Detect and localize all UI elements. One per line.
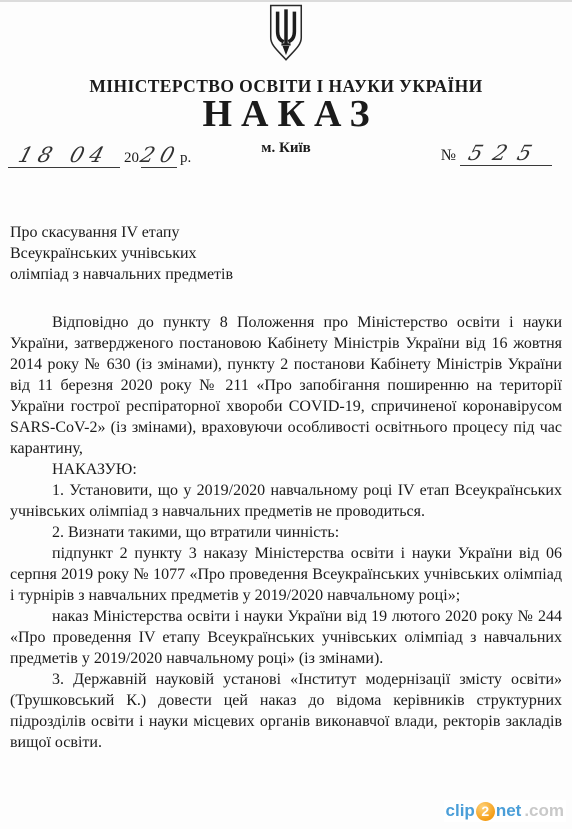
- order-number-field: № 525: [441, 143, 552, 166]
- subject-line: Про скасування IV етапу: [10, 222, 233, 243]
- order-item-2-sub-2: наказ Міністерства освіти і науки Україн…: [10, 606, 562, 669]
- intro-paragraph: Відповідно до пункту 8 Положення про Мін…: [10, 312, 562, 459]
- order-item-2: 2. Визнати такими, що втратили чинність:: [10, 522, 562, 543]
- order-item-2-sub-1: підпункт 2 пункту 3 наказу Міністерства …: [10, 543, 562, 606]
- order-item-1: 1. Установити, що у 2019/2020 навчальном…: [10, 480, 562, 522]
- decree-word: НАКАЗУЮ:: [10, 459, 562, 480]
- document-type-title: НАКАЗ: [0, 92, 572, 136]
- watermark-clip-text: clip: [446, 801, 475, 821]
- order-item-3: 3. Державній науковій установі «Інститут…: [10, 669, 562, 753]
- ukraine-trident-emblem-icon: [263, 4, 309, 62]
- watermark-net-text: net: [496, 801, 522, 821]
- subject-line: Всеукраїнських учнівських: [10, 243, 233, 264]
- clip2net-watermark: clip 2 net .com: [444, 800, 566, 822]
- handwritten-number: 525: [466, 143, 545, 164]
- subject-line: олімпіад з навчальних предметів: [10, 264, 233, 285]
- document-body: Відповідно до пункту 8 Положення про Мін…: [10, 312, 562, 753]
- number-sign: №: [441, 147, 456, 164]
- date-number-row: 18 042020р. м. Київ № 525: [8, 132, 564, 172]
- scanned-order-document: МІНІСТЕРСТВО ОСВІТИ І НАУКИ УКРАЇНИ НАКА…: [0, 0, 572, 829]
- watermark-2-badge-icon: 2: [476, 802, 495, 821]
- subject-block: Про скасування IV етапу Всеукраїнських у…: [10, 222, 233, 285]
- watermark-tld-text: .com: [524, 801, 564, 821]
